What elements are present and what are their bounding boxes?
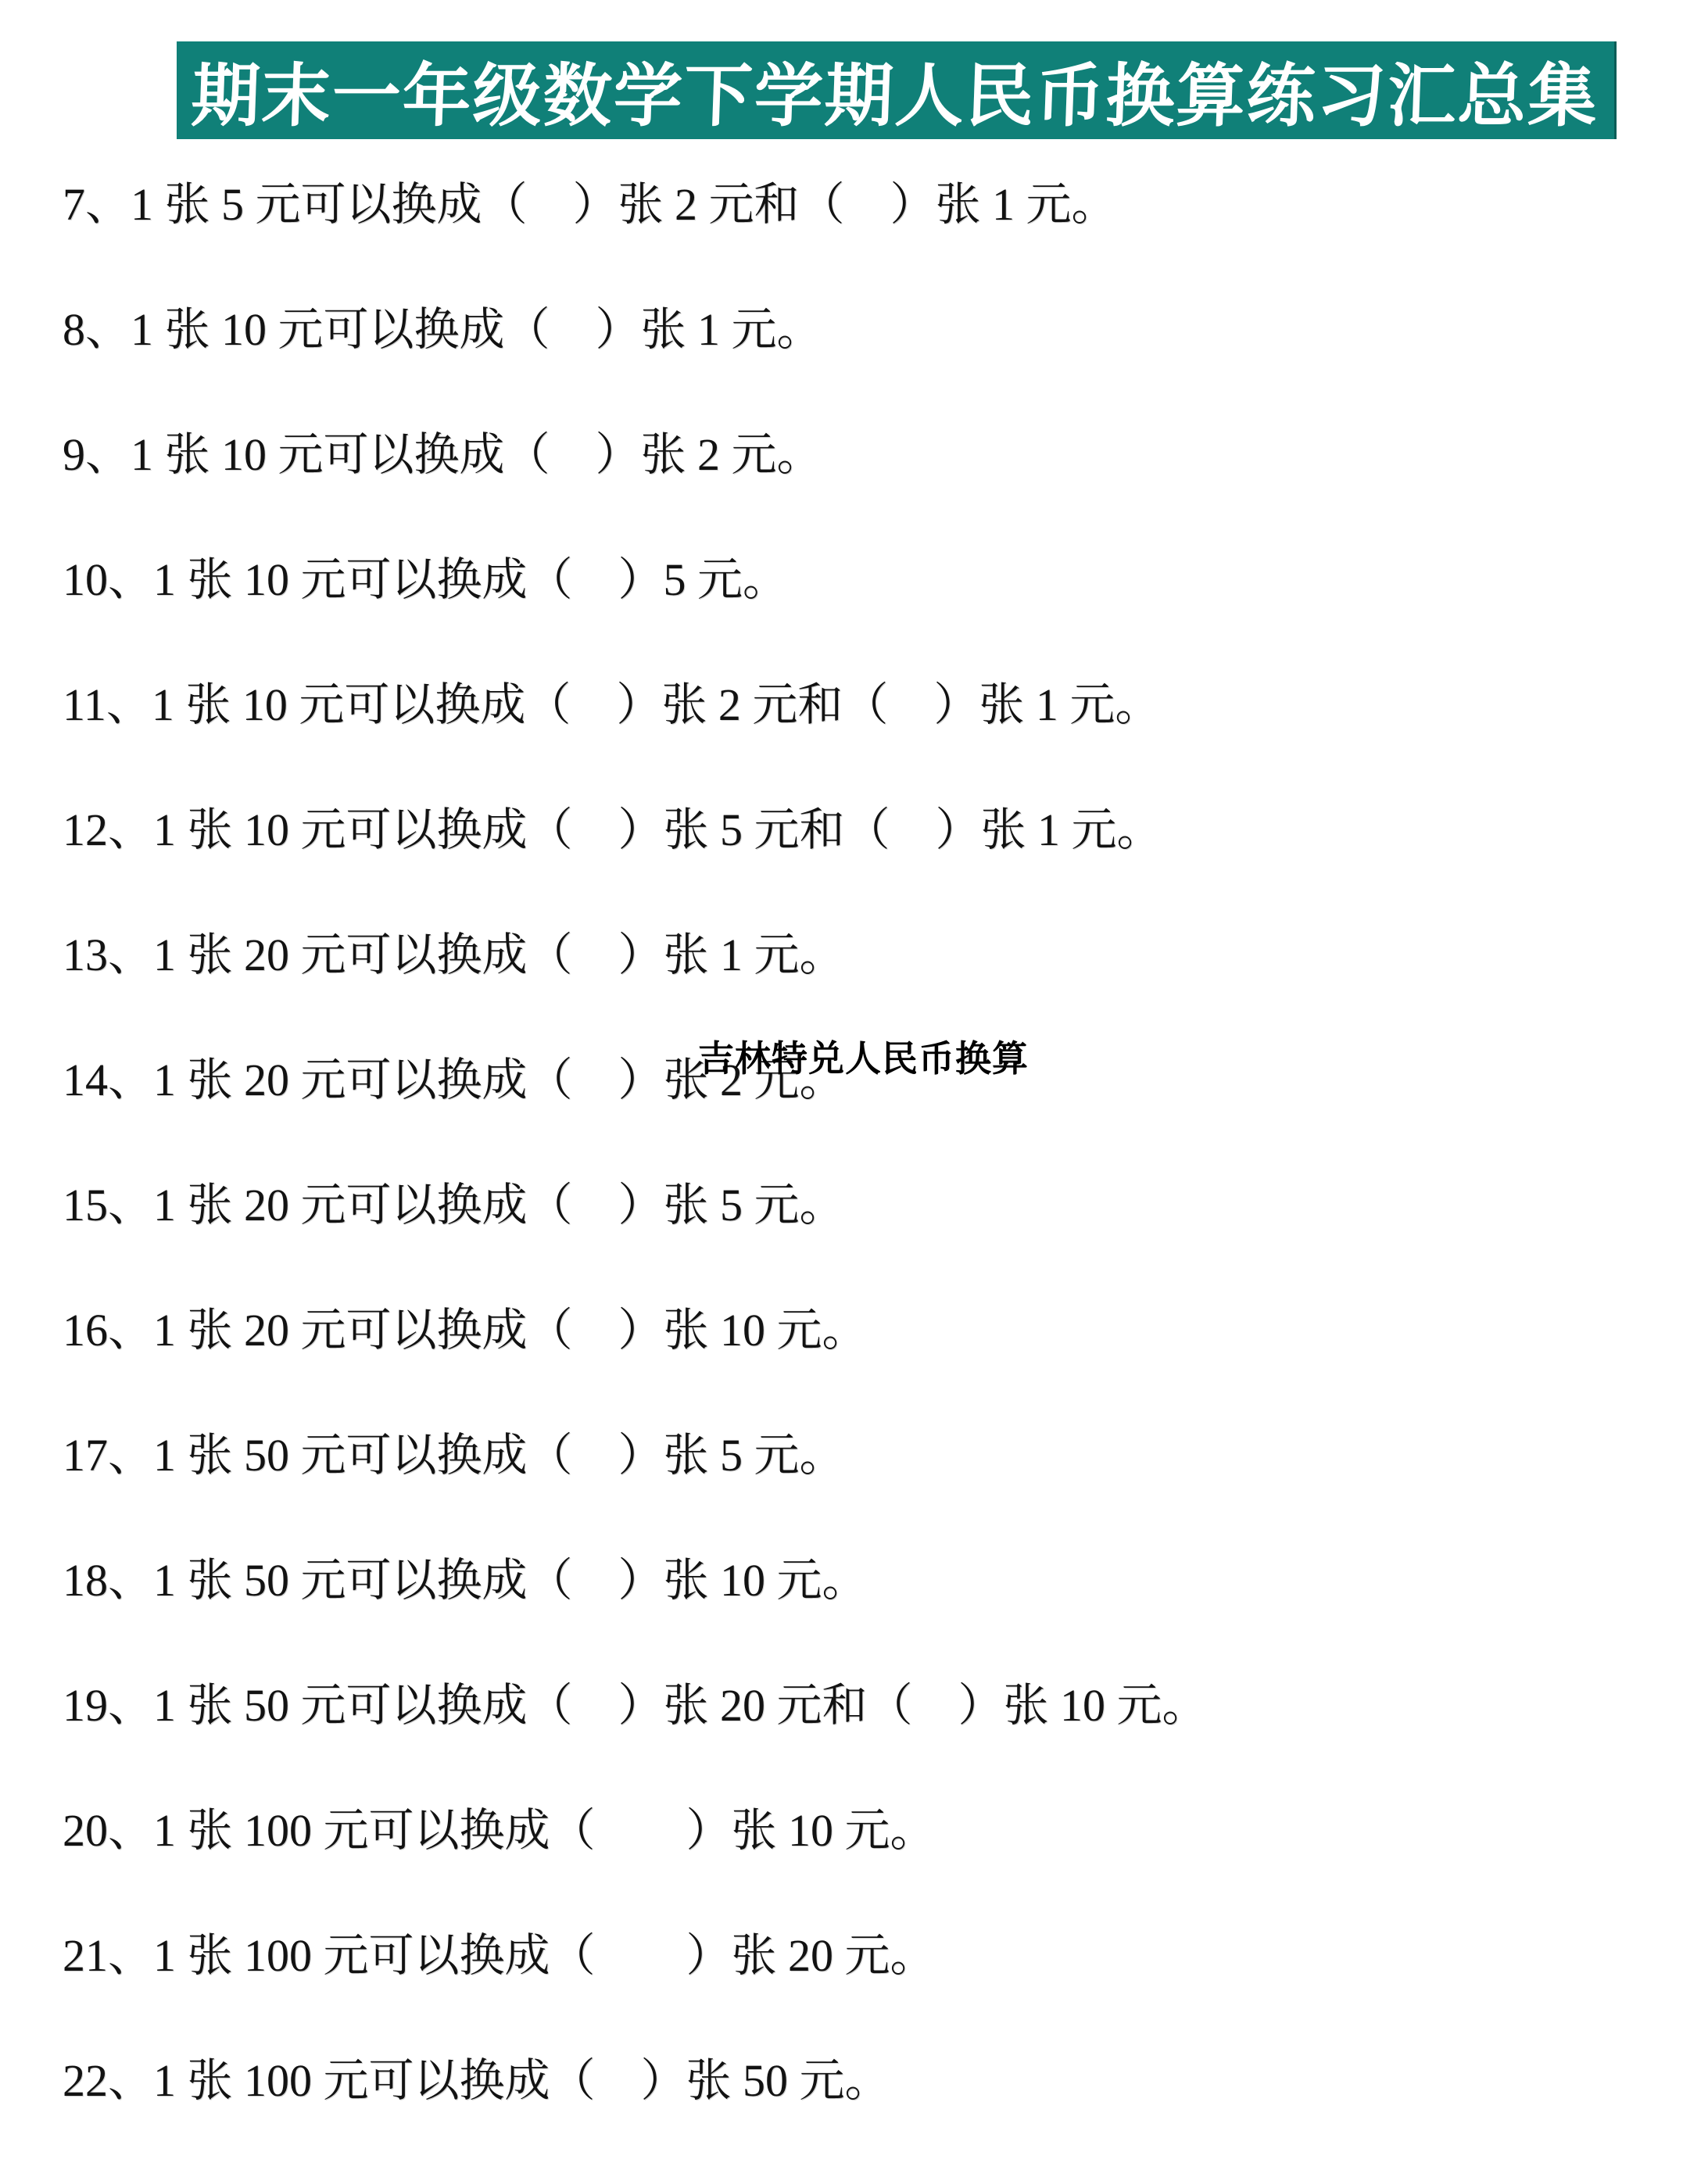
question-line-11: 11、1 张 10 元可以换成（ ）张 2 元和（ ）张 1 元。 — [63, 682, 1595, 728]
title-banner: 期末一年级数学下学期人民币换算练习汇总集 — [177, 41, 1617, 139]
question-line-7: 7、1 张 5 元可以换成（ ）张 2 元和（ ）张 1 元。 — [63, 182, 1595, 227]
question-line-18: 18、1 张 50 元可以换成（ ）张 10 元。 — [63, 1558, 1595, 1603]
page-title: 期末一年级数学下学期人民币换算练习汇总集 — [190, 41, 1600, 140]
question-line-21: 21、1 张 100 元可以换成（ ）张 20 元。 — [63, 1933, 1595, 1979]
question-line-16: 16、1 张 20 元可以换成（ ）张 10 元。 — [63, 1308, 1595, 1353]
question-line-15: 15、1 张 20 元可以换成（ ）张 5 元。 — [63, 1183, 1595, 1228]
question-line-22: 22、1 张 100 元可以换成（ ）张 50 元。 — [63, 2058, 1595, 2104]
watermark-text: 吉林特兑人民币换算 — [698, 1040, 1029, 1077]
question-line-8: 8、1 张 10 元可以换成（ ）张 1 元。 — [63, 307, 1595, 353]
question-line-9: 9、1 张 10 元可以换成（ ）张 2 元。 — [63, 432, 1595, 478]
question-line-10: 10、1 张 10 元可以换成（ ）5 元。 — [63, 557, 1595, 603]
worksheet-page: 期末一年级数学下学期人民币换算练习汇总集 7、1 张 5 元可以换成（ ）张 2… — [0, 0, 1708, 2181]
question-line-17: 17、1 张 50 元可以换成（ ）张 5 元。 — [63, 1433, 1595, 1478]
question-line-12: 12、1 张 10 元可以换成（ ）张 5 元和（ ）张 1 元。 — [63, 808, 1595, 853]
question-line-20: 20、1 张 100 元可以换成（ ）张 10 元。 — [63, 1808, 1595, 1853]
question-line-19: 19、1 张 50 元可以换成（ ）张 20 元和（ ）张 10 元。 — [63, 1683, 1595, 1728]
question-line-13: 13、1 张 20 元可以换成（ ）张 1 元。 — [63, 933, 1595, 978]
question-list: 7、1 张 5 元可以换成（ ）张 2 元和（ ）张 1 元。 8、1 张 10… — [63, 182, 1595, 2181]
